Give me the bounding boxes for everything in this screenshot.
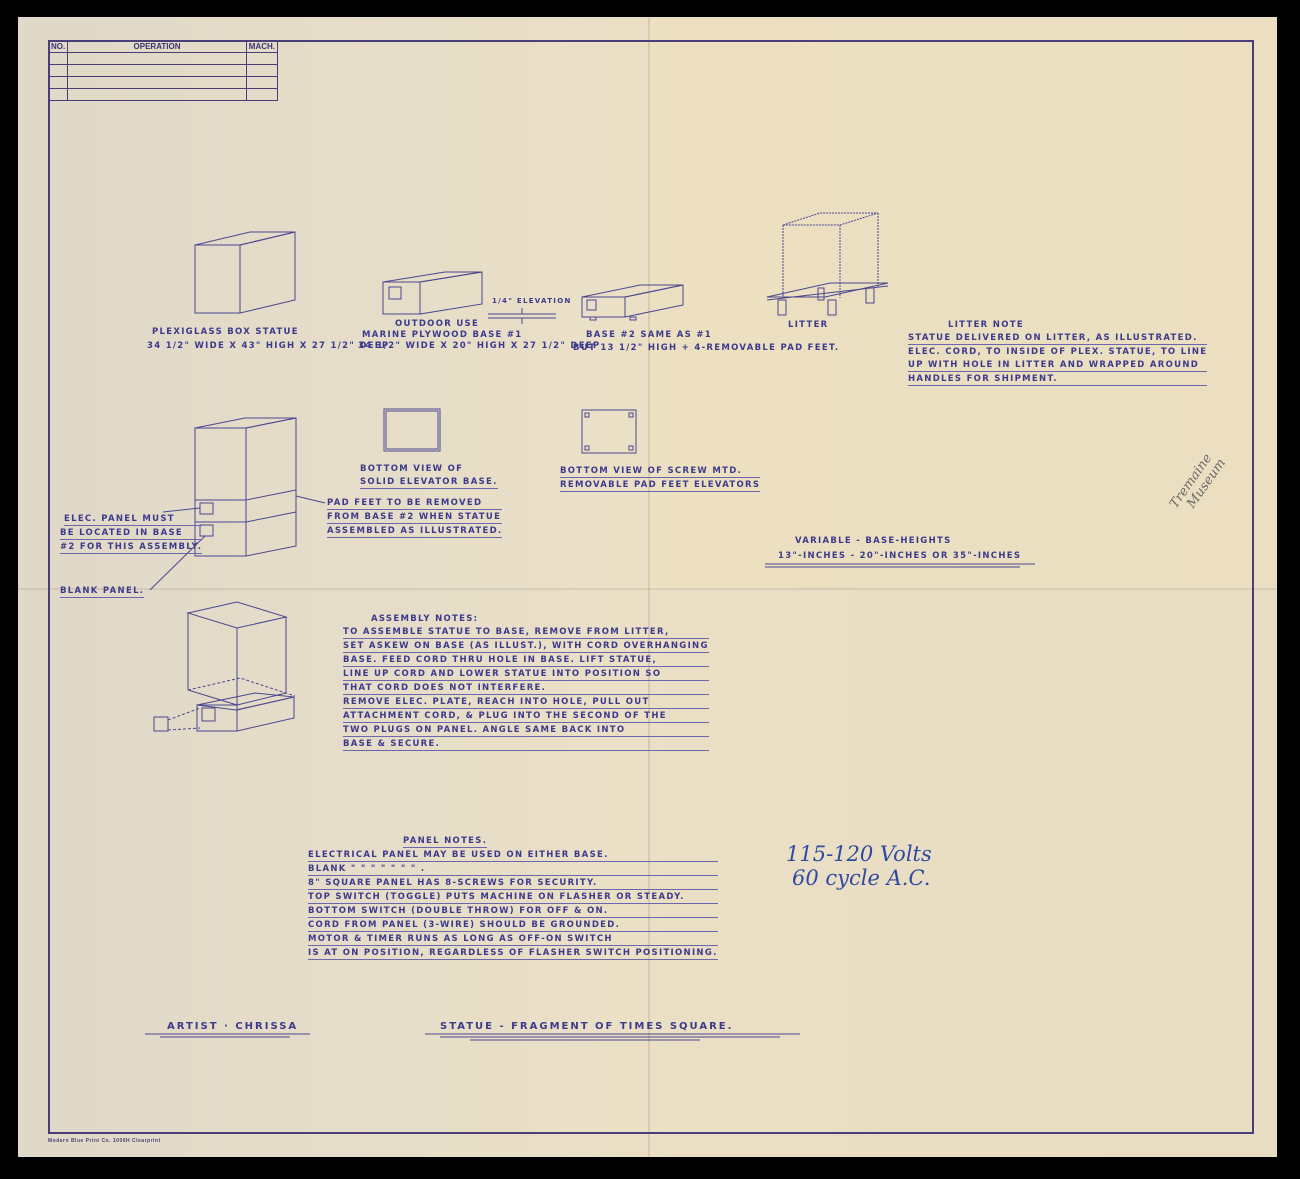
base2-drawing <box>582 285 683 320</box>
assembly-notes-title: Assembly Notes: <box>371 612 709 625</box>
litter-note-line: up with hole in litter and wrapped aroun… <box>908 358 1207 372</box>
note-line: is at on position, regardless of flasher… <box>308 946 718 960</box>
caption-line: Bottom view of <box>360 462 498 475</box>
base1-dims: 34 1/2" wide x 20" high x 27 1/2" deep <box>358 341 600 351</box>
panel-notes: Panel Notes. Electrical panel may be use… <box>308 830 718 960</box>
litter-note: Litter Note Statue delivered on litter, … <box>908 318 1207 386</box>
note-line: attachment cord, & plug into the second … <box>343 709 709 723</box>
note-line: two plugs on panel. Angle same back into <box>343 723 709 737</box>
assembled-statue-drawing <box>150 418 325 590</box>
caption-line: Bottom view of screw mtd. <box>560 464 760 478</box>
callout-line: assembled as illustrated. <box>327 524 502 538</box>
bottom-view-solid-drawing <box>384 409 440 451</box>
plexiglass-box-dims: 34 1/2" wide x 43" high x 27 1/2" deep <box>147 341 389 351</box>
plexiglass-box-drawing <box>195 232 295 313</box>
note-line: line up cord and lower statue into posit… <box>343 667 709 681</box>
note-line: Bottom switch (double throw) for off & o… <box>308 904 718 918</box>
bottom-view-solid-caption: Bottom view of solid elevator base. <box>360 462 498 489</box>
panel-notes-title: Panel Notes. <box>403 834 487 848</box>
base2-dims: But 13 1/2" high + 4-removable pad feet. <box>573 343 839 353</box>
assembly-perspective-drawing <box>154 602 295 731</box>
base2-title: Base #2 Same As #1 <box>586 330 712 340</box>
caption-line: removable pad feet elevators <box>560 478 760 492</box>
note-line: Motor & timer runs as long as off-on swi… <box>308 932 718 946</box>
voltage-handwriting: 115-120 Volts 60 cycle A.C. <box>786 842 932 890</box>
callout-line: Elec. panel must <box>64 512 202 526</box>
callout-line: #2 for this assembly. <box>60 540 202 554</box>
elevation-label: 1/4" Elevation <box>492 297 572 305</box>
artist-label: Artist · Chrissa <box>167 1021 298 1032</box>
statue-title: Statue - Fragment of Times Square. <box>440 1021 733 1032</box>
base1-title: Marine Plywood Base #1 <box>362 330 523 340</box>
bottom-view-screw-drawing <box>582 410 636 453</box>
callout-line: Blank panel. <box>60 584 144 598</box>
printer-mark: Modern Blue Print Co. 1000H Clearprint <box>48 1138 161 1144</box>
blank-panel-callout: Blank panel. <box>60 584 144 598</box>
elec-panel-callout: Elec. panel must be located in base #2 f… <box>60 512 202 554</box>
note-line: 8" square panel has 8-screws for securit… <box>308 876 718 890</box>
base1-title-outdoor: Outdoor Use <box>395 319 479 329</box>
note-line: base & secure. <box>343 737 709 751</box>
note-line: Cord from panel (3-wire) should be groun… <box>308 918 718 932</box>
note-line: To assemble statue to base, remove from … <box>343 625 709 639</box>
callout-line: from base #2 when statue <box>327 510 502 524</box>
note-line: base. Feed cord thru hole in base. Lift … <box>343 653 709 667</box>
technical-drawings <box>0 0 1300 1179</box>
litter-note-title: Litter Note <box>948 318 1207 331</box>
litter-note-line: Statue delivered on litter, as illustrat… <box>908 331 1207 345</box>
cycle-line: 60 cycle A.C. <box>792 866 932 890</box>
note-line: set askew on base (as illust.), with cor… <box>343 639 709 653</box>
litter-base <box>767 283 888 315</box>
litter-label: Litter <box>788 320 829 330</box>
plexiglass-box-title: Plexiglass Box Statue <box>152 327 299 337</box>
assembly-notes: Assembly Notes: To assemble statue to ba… <box>343 612 709 751</box>
variable-heights-title: Variable - Base-Heights <box>795 536 952 546</box>
note-line: Remove elec. plate, reach into hole, pul… <box>343 695 709 709</box>
voltage-line: 115-120 Volts <box>786 842 932 866</box>
bottom-view-screw-caption: Bottom view of screw mtd. removable pad … <box>560 464 760 492</box>
caption-line: solid elevator base. <box>360 475 498 489</box>
callout-line: Pad feet to be removed <box>327 496 502 510</box>
litter-note-line: handles for shipment. <box>908 372 1207 386</box>
callout-line: be located in base <box>60 526 202 540</box>
note-line: Top switch (toggle) puts machine on flas… <box>308 890 718 904</box>
pad-feet-callout: Pad feet to be removed from base #2 when… <box>327 496 502 538</box>
variable-heights-values: 13"-inches - 20"-inches or 35"-inches <box>778 551 1021 561</box>
note-line: Blank " " " " " " " . <box>308 862 718 876</box>
litter-drawing <box>783 213 878 298</box>
note-line: Electrical panel may be used on either b… <box>308 848 718 862</box>
note-line: that cord does not interfere. <box>343 681 709 695</box>
litter-note-line: Elec. cord, to inside of plex. statue, t… <box>908 345 1207 358</box>
